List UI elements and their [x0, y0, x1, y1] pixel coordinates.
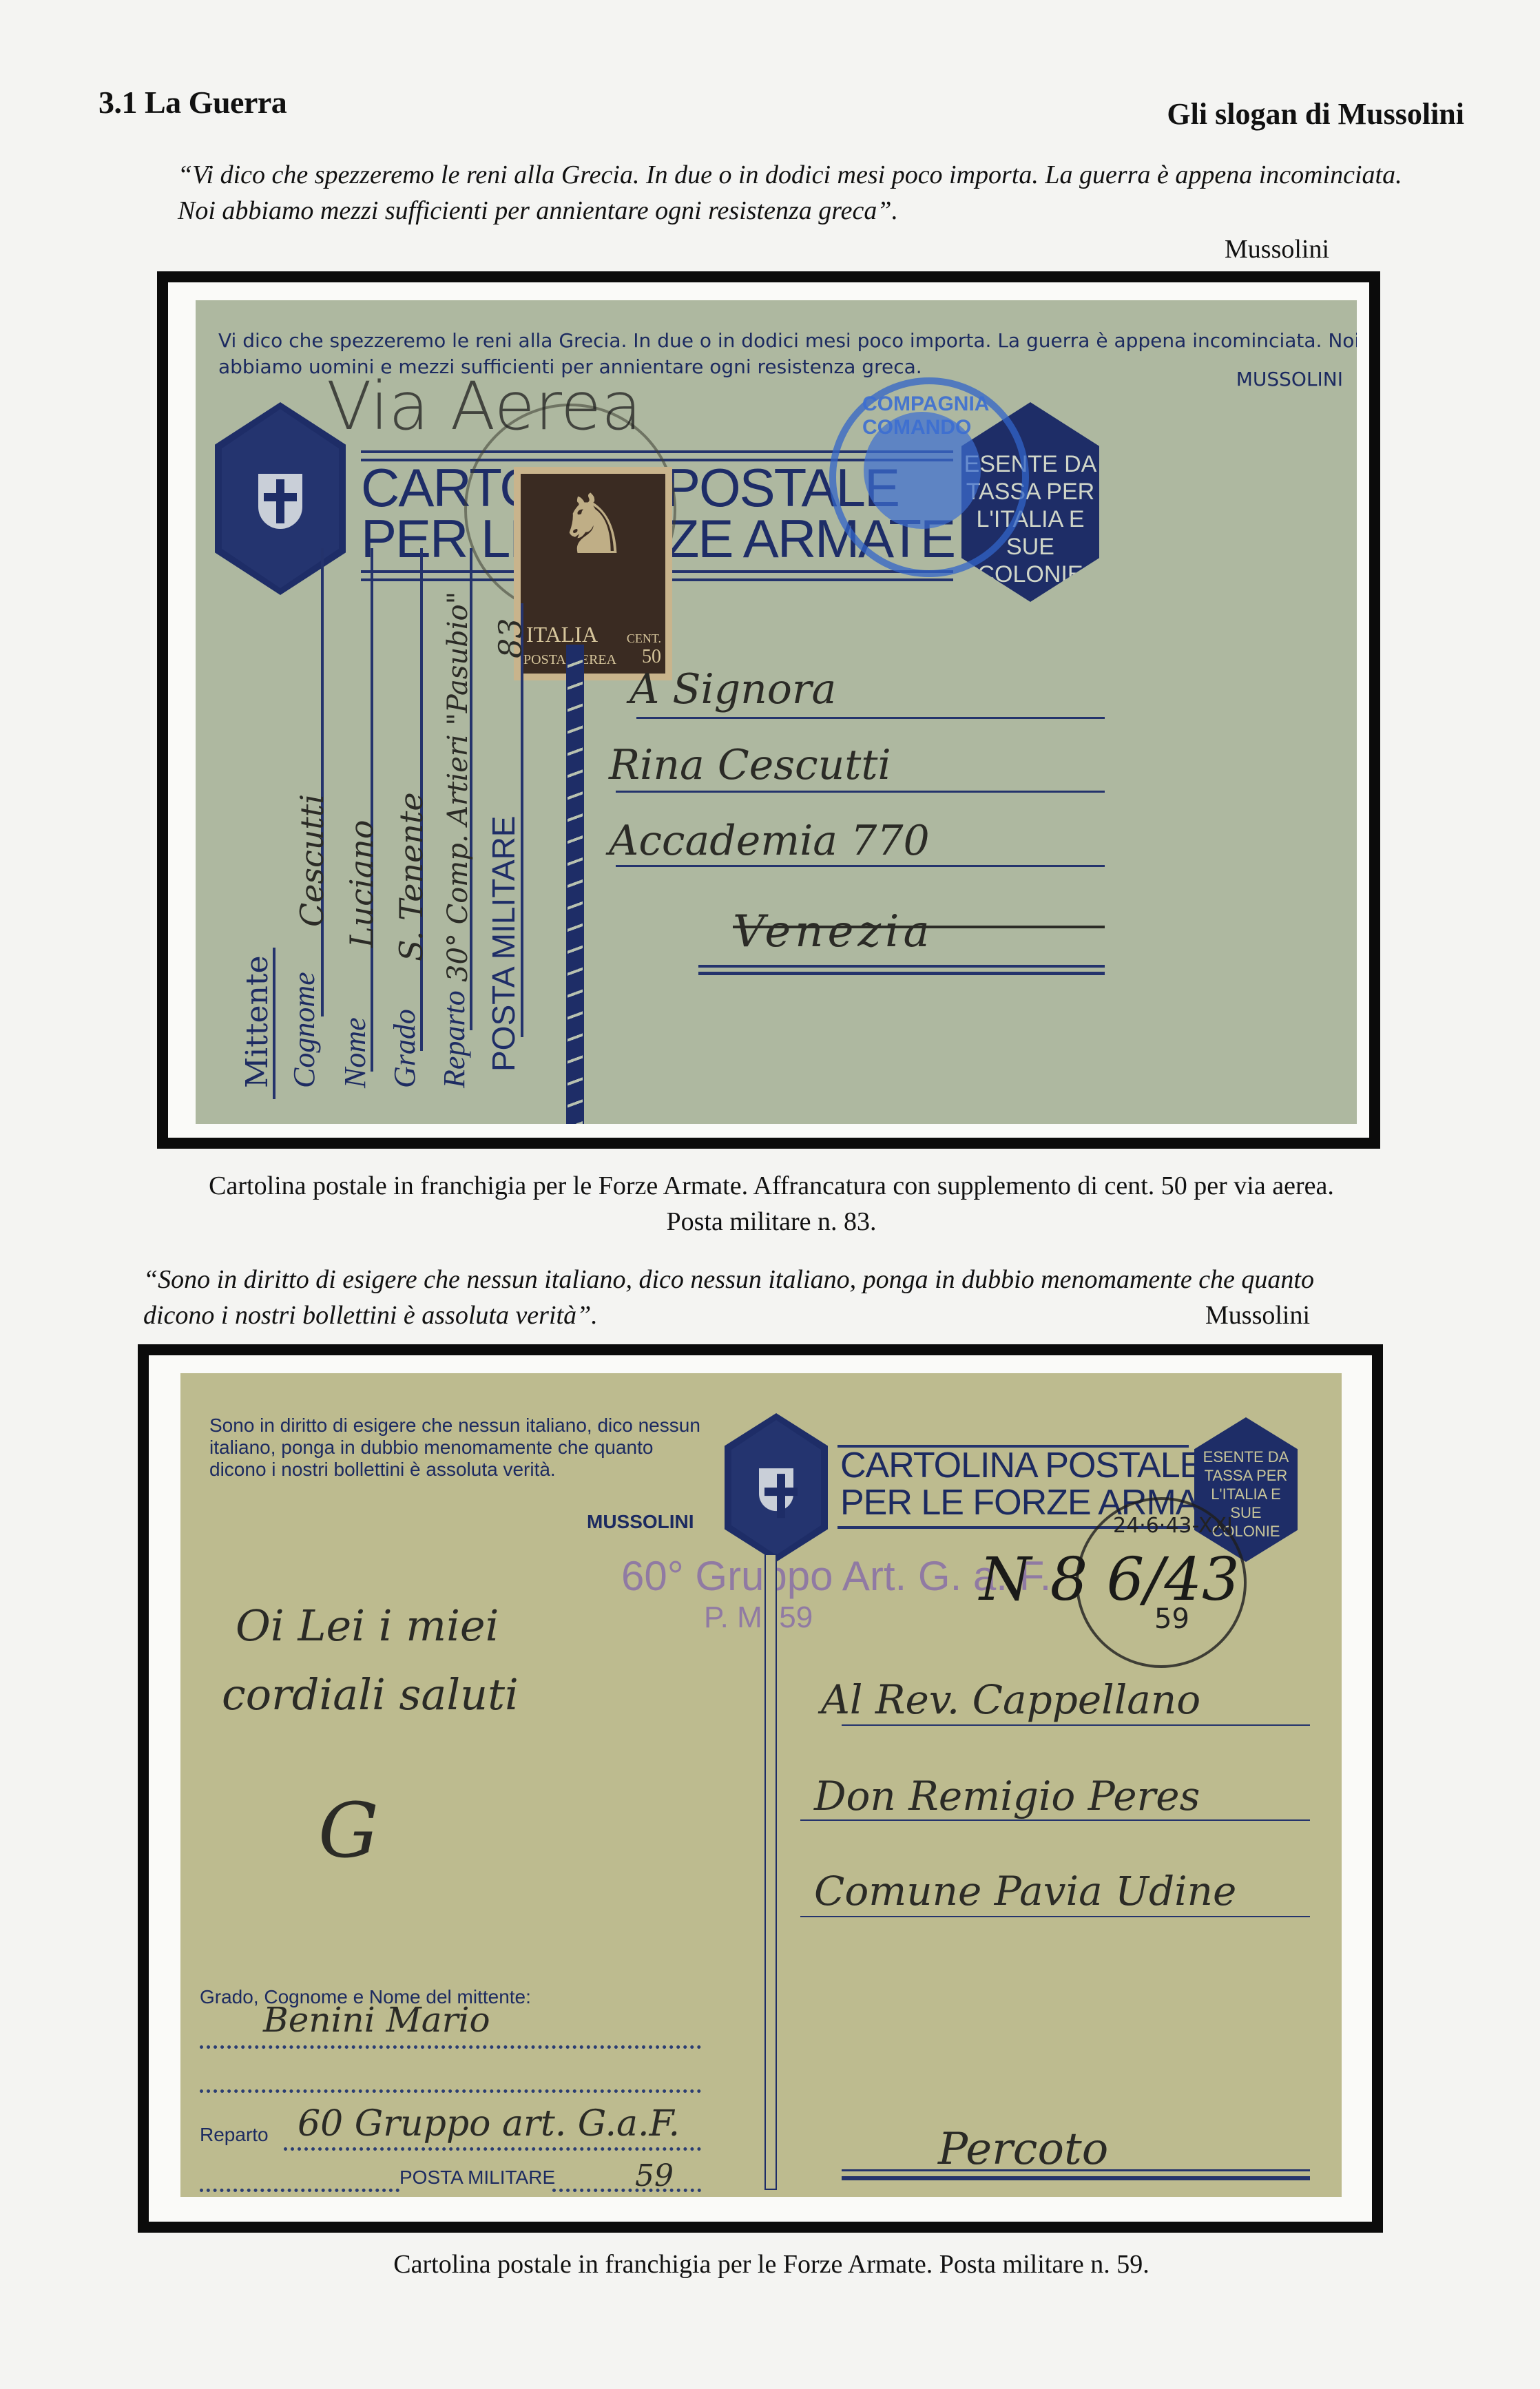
address-line: Comune Pavia Udine — [814, 1868, 1236, 1915]
signature: G — [318, 1786, 379, 1875]
address-city: Venezia — [733, 906, 934, 957]
sender-value: Benini Mario — [263, 2000, 490, 2040]
address-line: Accademia 770 — [609, 817, 930, 865]
section-title: 3.1 La Guerra — [98, 84, 287, 121]
address-city: Percoto — [938, 2124, 1108, 2175]
exhibit-2-quote-author: Mussolini — [1205, 1300, 1310, 1331]
message-line: cordiali saluti — [222, 1669, 519, 1720]
exhibit-2-caption: Cartolina postale in franchigia per le F… — [207, 2246, 1336, 2282]
exhibit-1-quote-author: Mussolini — [1225, 234, 1329, 264]
savoy-shield-icon — [759, 1468, 793, 1511]
page-subtitle: Gli slogan di Mussolini — [1167, 96, 1464, 132]
sender-field-label: Cognome — [287, 972, 322, 1088]
sender-field-value: 30° Comp. Artieri "Pasubio" — [442, 592, 474, 982]
reparto-label: Reparto — [200, 2124, 269, 2146]
sender-field-value: Cescutti — [293, 794, 331, 927]
via-aerea-handstamp: Via Aerea — [326, 368, 642, 445]
postcard-2-motto: Sono in diritto di esigere che nessun it… — [209, 1415, 705, 1481]
address-line: Don Remigio Peres — [814, 1773, 1200, 1819]
exhibit-2-quote: “Sono in diritto di esigere che nessun i… — [143, 1262, 1383, 1333]
sender-heading: Mittente — [240, 955, 275, 1088]
pegasus-icon: ♞ — [521, 474, 665, 577]
postcard-1-motto-author: MUSSOLINI — [1236, 368, 1343, 390]
address-line: A Signora — [629, 665, 836, 713]
sender-field-value: S. Tenente — [393, 792, 430, 961]
postcard-2-title-1: CARTOLINA POSTALE — [840, 1446, 1203, 1485]
flagpole-divider-icon — [566, 645, 584, 1124]
reparto-value: 60 Gruppo art. G.a.F. — [298, 2103, 680, 2145]
postcard-2: Sono in diritto di esigere che nessun it… — [180, 1373, 1342, 2197]
sender-field-value: Luciano — [343, 820, 380, 948]
exhibit-2-frame: Sono in diritto di esigere che nessun it… — [138, 1344, 1383, 2233]
posta-militare-label: POSTA MILITARE — [485, 816, 522, 1072]
censor-mark: N 8 6/43 — [979, 1545, 1240, 1614]
address-line: Al Rev. Cappellano — [821, 1676, 1200, 1723]
unit-cachet-pm: P. M. 59 — [704, 1600, 813, 1635]
exhibit-1-caption: Cartolina postale in franchigia per le F… — [207, 1168, 1336, 1240]
coat-of-arms-icon — [725, 1413, 828, 1562]
exhibit-1-quote: “Vi dico che spezzeremo le reni alla Gre… — [178, 157, 1411, 229]
postcard-1: Vi dico che spezzeremo le reni alla Grec… — [196, 300, 1357, 1124]
blue-company-cachet: COMPAGNIA COMANDO — [829, 377, 1029, 577]
flagpole-divider-icon — [764, 1554, 777, 2190]
sender-field-label: Reparto — [437, 990, 472, 1088]
posta-militare-number: 83 — [492, 618, 529, 658]
savoy-shield-icon — [258, 474, 302, 529]
exhibit-1-frame: Vi dico che spezzeremo le reni alla Grec… — [157, 271, 1380, 1149]
address-line: Rina Cescutti — [609, 741, 891, 789]
address-note: (Udine) — [780, 2193, 917, 2197]
airmail-stamp: ♞ ITALIA POSTA·AEREA CENT. 50 — [514, 467, 672, 680]
postcard-2-motto-author: MUSSOLINI — [587, 1511, 694, 1533]
posta-militare-label: POSTA MILITARE — [399, 2167, 555, 2189]
sender-field-label: Nome — [337, 1017, 373, 1088]
message-line: Oi Lei i miei — [236, 1600, 499, 1651]
sender-field-label: Grado — [387, 1009, 422, 1088]
